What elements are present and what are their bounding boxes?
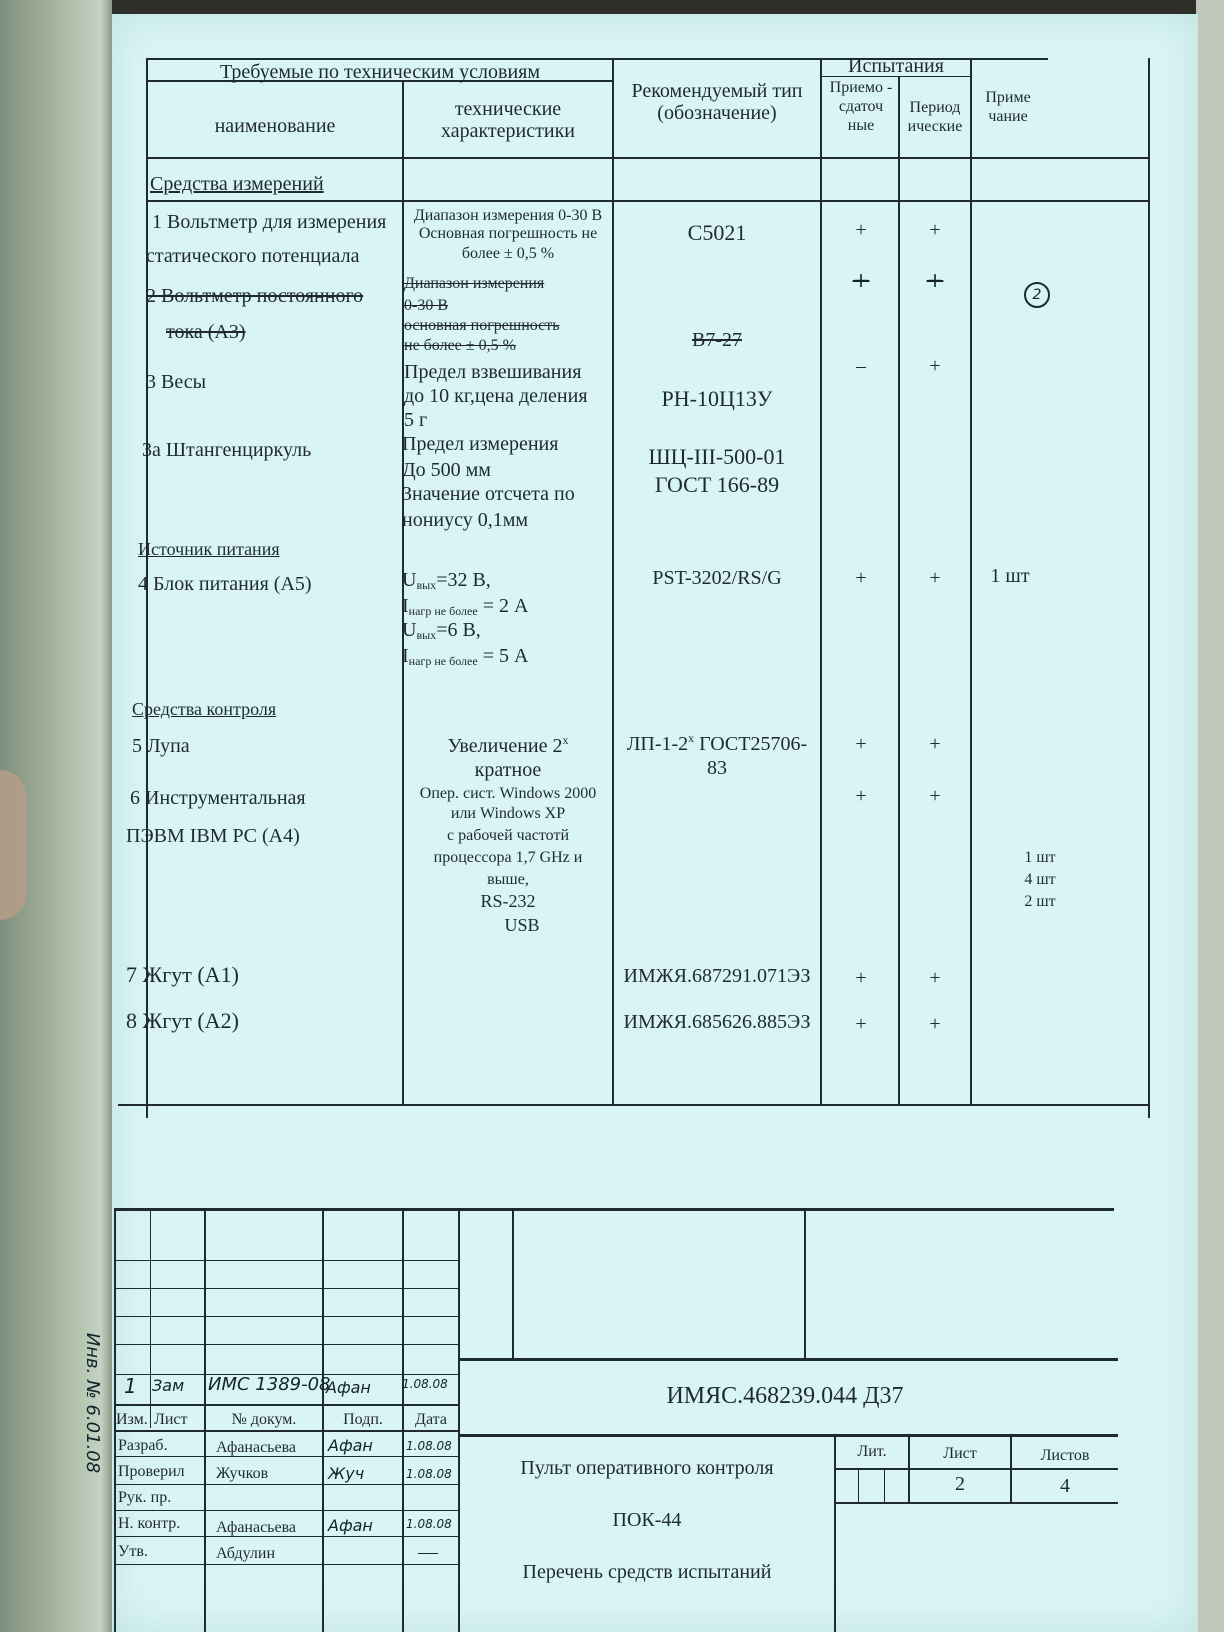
- change-signature: Афан: [326, 1380, 371, 1396]
- change-sheet: Зам: [152, 1378, 184, 1394]
- section-power: Источник питания: [138, 540, 280, 558]
- sheets-label: Листов: [1012, 1448, 1118, 1464]
- margin-note: Инв. № 6.01.08: [83, 1333, 101, 1473]
- product-name: Пульт оперативного контроля: [460, 1458, 834, 1478]
- document-designation: ИМЯС.468239.044 Д37: [460, 1384, 1110, 1408]
- product-code: ПОК-44: [460, 1510, 834, 1530]
- header-tests-group: Испытания: [822, 56, 970, 76]
- sheet-number: 2: [910, 1474, 1010, 1494]
- header-acceptance: Приемо - сдаточ ные: [824, 78, 898, 136]
- header-name: наименование: [148, 116, 402, 136]
- section-control: Средства контроля: [132, 700, 276, 718]
- header-specs: технические характеристики: [404, 98, 612, 142]
- sheets-total: 4: [1012, 1476, 1118, 1496]
- document-sheet: Требуемые по техническим условиям наимен…: [112, 14, 1198, 1632]
- section-measuring: Средства измерений: [150, 174, 324, 194]
- thumb: [0, 770, 26, 920]
- change-doc-number: ИМС 1389-08: [208, 1376, 331, 1394]
- sheet-label: Лист: [910, 1446, 1010, 1462]
- document-title: Перечень средств испытаний: [460, 1562, 834, 1582]
- revision-mark: 2: [1024, 282, 1050, 308]
- page-edge: [1196, 0, 1224, 1632]
- header-required-group: Требуемые по техническим условиям: [148, 62, 612, 82]
- change-number: 1: [124, 1376, 137, 1396]
- lit-label: Лит.: [836, 1444, 908, 1460]
- header-periodic: Период ические: [900, 98, 970, 136]
- change-date: 1.08.08: [402, 1378, 448, 1390]
- header-note: Приме чание: [972, 88, 1044, 126]
- header-recommended-type: Рекомендуемый тип (обозначение): [614, 80, 820, 124]
